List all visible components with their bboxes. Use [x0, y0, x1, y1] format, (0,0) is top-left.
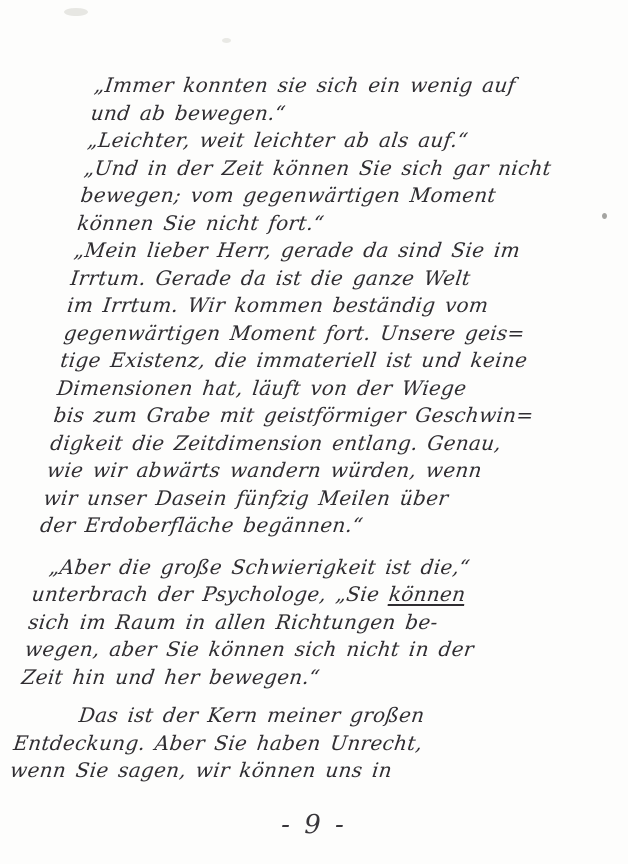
- text-line: Zeit hin und her bewegen.“: [20, 664, 503, 692]
- text-line: im Irrtum. Wir kommen beständig vom: [66, 292, 549, 320]
- text-line: bis zum Grabe mit geistförmiger Geschwin…: [52, 402, 535, 430]
- manuscript-page: „Immer konnten sie sich ein wenig auf un…: [0, 0, 628, 864]
- text-line: wenn Sie sagen, wir können uns in: [9, 757, 492, 785]
- text-line: digkeit die Zeitdimension entlang. Genau…: [49, 430, 532, 458]
- underlined-word: können: [388, 582, 467, 606]
- text-line: Dimensionen hat, läuft von der Wiege: [55, 375, 538, 403]
- text-line: können Sie nicht fort.“: [76, 210, 559, 238]
- text-line: Irrtum. Gerade da ist die ganze Welt: [69, 265, 552, 293]
- text-line: „Immer konnten sie sich ein wenig auf: [93, 72, 576, 100]
- scan-smudge: [64, 8, 88, 16]
- text-line: wegen, aber Sie können sich nicht in der: [23, 636, 506, 664]
- page-number: - 9 -: [0, 810, 628, 840]
- text-line: „Mein lieber Herr, gerade da sind Sie im: [72, 237, 555, 265]
- manuscript-text: „Immer konnten sie sich ein wenig auf un…: [9, 72, 576, 785]
- text-line: „Leichter, weit leichter ab als auf.“: [86, 127, 569, 155]
- text-line: wir unser Dasein fünfzig Meilen über: [42, 485, 525, 513]
- text-line: gegenwärtigen Moment fort. Unsere geis=: [62, 320, 545, 348]
- text-line: „Und in der Zeit können Sie sich gar nic…: [82, 155, 565, 183]
- text-line: bewegen; vom gegenwärtigen Moment: [79, 182, 562, 210]
- text-line: und ab bewegen.“: [89, 100, 572, 128]
- text-line: „Aber die große Schwierigkeit ist die,“: [34, 554, 517, 582]
- text-line: Das ist der Kern meiner großen: [15, 702, 498, 730]
- text-line: der Erdoberfläche begännen.“: [39, 512, 522, 540]
- text-line: sich im Raum in allen Richtungen be-: [27, 609, 510, 637]
- scan-speck: [602, 213, 607, 219]
- text-line: wie wir abwärts wandern würden, wenn: [45, 457, 528, 485]
- scan-speck: [222, 38, 231, 43]
- text-line: Entdeckung. Aber Sie haben Unrecht,: [12, 730, 495, 758]
- text-line: unterbrach der Psychologe, „Sie können: [30, 581, 513, 609]
- text-line: tige Existenz, die immateriell ist und k…: [59, 347, 542, 375]
